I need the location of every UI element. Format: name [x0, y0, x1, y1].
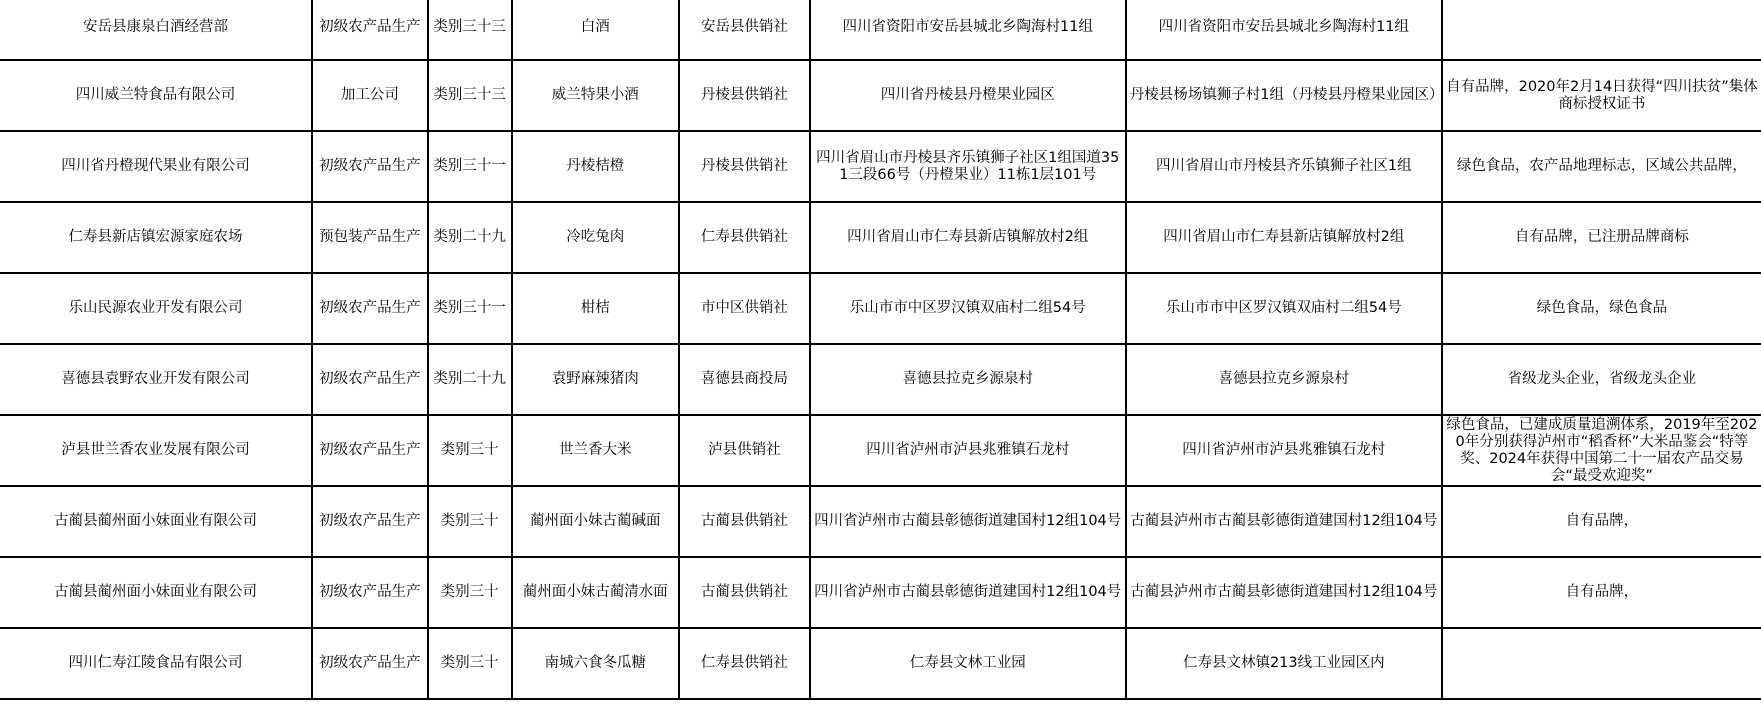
enterprise-type-cell[interactable]: 初级农产品生产: [312, 486, 428, 557]
company-name-cell[interactable]: 古蔺县蔺州面小妹面业有限公司: [0, 557, 312, 628]
table-row: 喜德县袁野农业开发有限公司初级农产品生产类别二十九袁野麻辣猪肉喜德县商投局喜德县…: [0, 344, 1761, 415]
certification-cell[interactable]: [1442, 628, 1761, 699]
certification-cell[interactable]: 自有品牌，: [1442, 557, 1761, 628]
recommending-unit-cell[interactable]: 安岳县供销社: [679, 0, 810, 60]
table-row: 古蔺县蔺州面小妹面业有限公司初级农产品生产类别三十蔺州面小妹古蔺碱面古蔺县供销社…: [0, 486, 1761, 557]
enterprise-type-cell[interactable]: 加工公司: [312, 60, 428, 131]
product-name-cell[interactable]: 白酒: [512, 0, 680, 60]
category-cell[interactable]: 类别三十三: [428, 60, 512, 131]
company-name-cell[interactable]: 古蔺县蔺州面小妹面业有限公司: [0, 486, 312, 557]
enterprise-type-cell[interactable]: 初级农产品生产: [312, 0, 428, 60]
registered-address-cell[interactable]: 仁寿县文林工业园: [810, 628, 1126, 699]
company-name-cell[interactable]: 泸县世兰香农业发展有限公司: [0, 415, 312, 486]
production-address-cell[interactable]: 古蔺县泸州市古蔺县彰德街道建国村12组104号: [1126, 486, 1442, 557]
enterprise-type-cell[interactable]: 预包装产品生产: [312, 202, 428, 273]
table-row: 仁寿县新店镇宏源家庭农场预包装产品生产类别二十九冷吃兔肉仁寿县供销社四川省眉山市…: [0, 202, 1761, 273]
enterprise-type-cell[interactable]: 初级农产品生产: [312, 273, 428, 344]
certification-cell[interactable]: 绿色食品，已建成质量追溯体系，2019年至2020年分别获得泸州市“稻香杯”大米…: [1442, 415, 1761, 486]
product-name-cell[interactable]: 蔺州面小妹古蔺碱面: [512, 486, 680, 557]
recommending-unit-cell[interactable]: 古蔺县供销社: [679, 486, 810, 557]
production-address-cell[interactable]: 仁寿县文林镇213线工业园区内: [1126, 628, 1442, 699]
company-name-cell[interactable]: 喜德县袁野农业开发有限公司: [0, 344, 312, 415]
product-name-cell[interactable]: 袁野麻辣猪肉: [512, 344, 680, 415]
certification-cell[interactable]: 自有品牌，已注册品牌商标: [1442, 202, 1761, 273]
table-row: 泸县世兰香农业发展有限公司初级农产品生产类别三十世兰香大米泸县供销社四川省泸州市…: [0, 415, 1761, 486]
category-cell[interactable]: 类别二十九: [428, 202, 512, 273]
company-name-cell[interactable]: 四川省丹橙现代果业有限公司: [0, 131, 312, 202]
recommending-unit-cell[interactable]: 市中区供销社: [679, 273, 810, 344]
company-name-cell[interactable]: 仁寿县新店镇宏源家庭农场: [0, 202, 312, 273]
registered-address-cell[interactable]: 四川省丹棱县丹橙果业园区: [810, 60, 1126, 131]
company-name-cell[interactable]: 四川仁寿江陵食品有限公司: [0, 628, 312, 699]
category-cell[interactable]: 类别三十三: [428, 0, 512, 60]
category-cell[interactable]: 类别三十一: [428, 131, 512, 202]
company-name-cell[interactable]: 安岳县康泉白酒经营部: [0, 0, 312, 60]
production-address-cell[interactable]: 古蔺县泸州市古蔺县彰德街道建国村12组104号: [1126, 557, 1442, 628]
company-name-cell[interactable]: 乐山民源农业开发有限公司: [0, 273, 312, 344]
registered-address-cell[interactable]: 四川省眉山市仁寿县新店镇解放村2组: [810, 202, 1126, 273]
registered-address-cell[interactable]: 乐山市市中区罗汉镇双庙村二组54号: [810, 273, 1126, 344]
certification-cell[interactable]: 绿色食品，农产品地理标志，区域公共品牌，: [1442, 131, 1761, 202]
production-address-cell[interactable]: 四川省资阳市安岳县城北乡陶海村11组: [1126, 0, 1442, 60]
enterprise-type-cell[interactable]: 初级农产品生产: [312, 415, 428, 486]
enterprise-type-cell[interactable]: 初级农产品生产: [312, 557, 428, 628]
product-table: 安岳县康泉白酒经营部初级农产品生产类别三十三白酒安岳县供销社四川省资阳市安岳县城…: [0, 0, 1761, 700]
category-cell[interactable]: 类别三十: [428, 486, 512, 557]
certification-cell[interactable]: 省级龙头企业，省级龙头企业: [1442, 344, 1761, 415]
product-name-cell[interactable]: 丹棱桔橙: [512, 131, 680, 202]
table-row: 乐山民源农业开发有限公司初级农产品生产类别三十一柑桔市中区供销社乐山市市中区罗汉…: [0, 273, 1761, 344]
registered-address-cell[interactable]: 四川省眉山市丹棱县齐乐镇狮子社区1组国道351三段66号（丹橙果业）11栋1层1…: [810, 131, 1126, 202]
table-row: 四川省丹橙现代果业有限公司初级农产品生产类别三十一丹棱桔橙丹棱县供销社四川省眉山…: [0, 131, 1761, 202]
registered-address-cell[interactable]: 四川省资阳市安岳县城北乡陶海村11组: [810, 0, 1126, 60]
category-cell[interactable]: 类别三十: [428, 415, 512, 486]
registered-address-cell[interactable]: 喜德县拉克乡源泉村: [810, 344, 1126, 415]
product-name-cell[interactable]: 蔺州面小妹古蔺清水面: [512, 557, 680, 628]
production-address-cell[interactable]: 丹棱县杨场镇狮子村1组（丹棱县丹橙果业园区）: [1126, 60, 1442, 131]
product-name-cell[interactable]: 世兰香大米: [512, 415, 680, 486]
enterprise-type-cell[interactable]: 初级农产品生产: [312, 628, 428, 699]
production-address-cell[interactable]: 乐山市市中区罗汉镇双庙村二组54号: [1126, 273, 1442, 344]
registered-address-cell[interactable]: 四川省泸州市泸县兆雅镇石龙村: [810, 415, 1126, 486]
spreadsheet: 安岳县康泉白酒经营部初级农产品生产类别三十三白酒安岳县供销社四川省资阳市安岳县城…: [0, 0, 1761, 700]
recommending-unit-cell[interactable]: 丹棱县供销社: [679, 60, 810, 131]
certification-cell[interactable]: [1442, 0, 1761, 60]
table-body: 安岳县康泉白酒经营部初级农产品生产类别三十三白酒安岳县供销社四川省资阳市安岳县城…: [0, 0, 1761, 699]
company-name-cell[interactable]: 四川威兰特食品有限公司: [0, 60, 312, 131]
registered-address-cell[interactable]: 四川省泸州市古蔺县彰德街道建国村12组104号: [810, 557, 1126, 628]
product-name-cell[interactable]: 南城六食冬瓜糖: [512, 628, 680, 699]
certification-cell[interactable]: 自有品牌，: [1442, 486, 1761, 557]
production-address-cell[interactable]: 喜德县拉克乡源泉村: [1126, 344, 1442, 415]
product-name-cell[interactable]: 威兰特果小酒: [512, 60, 680, 131]
production-address-cell[interactable]: 四川省泸州市泸县兆雅镇石龙村: [1126, 415, 1442, 486]
category-cell[interactable]: 类别二十九: [428, 344, 512, 415]
product-name-cell[interactable]: 冷吃兔肉: [512, 202, 680, 273]
category-cell[interactable]: 类别三十: [428, 557, 512, 628]
recommending-unit-cell[interactable]: 丹棱县供销社: [679, 131, 810, 202]
category-cell[interactable]: 类别三十: [428, 628, 512, 699]
table-row: 四川仁寿江陵食品有限公司初级农产品生产类别三十南城六食冬瓜糖仁寿县供销社仁寿县文…: [0, 628, 1761, 699]
recommending-unit-cell[interactable]: 喜德县商投局: [679, 344, 810, 415]
table-row: 四川威兰特食品有限公司加工公司类别三十三威兰特果小酒丹棱县供销社四川省丹棱县丹橙…: [0, 60, 1761, 131]
production-address-cell[interactable]: 四川省眉山市仁寿县新店镇解放村2组: [1126, 202, 1442, 273]
table-row: 古蔺县蔺州面小妹面业有限公司初级农产品生产类别三十蔺州面小妹古蔺清水面古蔺县供销…: [0, 557, 1761, 628]
product-name-cell[interactable]: 柑桔: [512, 273, 680, 344]
certification-cell[interactable]: 自有品牌，2020年2月14日获得“四川扶贫”集体商标授权证书: [1442, 60, 1761, 131]
category-cell[interactable]: 类别三十一: [428, 273, 512, 344]
registered-address-cell[interactable]: 四川省泸州市古蔺县彰德街道建国村12组104号: [810, 486, 1126, 557]
recommending-unit-cell[interactable]: 古蔺县供销社: [679, 557, 810, 628]
recommending-unit-cell[interactable]: 仁寿县供销社: [679, 628, 810, 699]
production-address-cell[interactable]: 四川省眉山市丹棱县齐乐镇狮子社区1组: [1126, 131, 1442, 202]
table-row: 安岳县康泉白酒经营部初级农产品生产类别三十三白酒安岳县供销社四川省资阳市安岳县城…: [0, 0, 1761, 60]
enterprise-type-cell[interactable]: 初级农产品生产: [312, 131, 428, 202]
enterprise-type-cell[interactable]: 初级农产品生产: [312, 344, 428, 415]
recommending-unit-cell[interactable]: 泸县供销社: [679, 415, 810, 486]
certification-cell[interactable]: 绿色食品，绿色食品: [1442, 273, 1761, 344]
recommending-unit-cell[interactable]: 仁寿县供销社: [679, 202, 810, 273]
